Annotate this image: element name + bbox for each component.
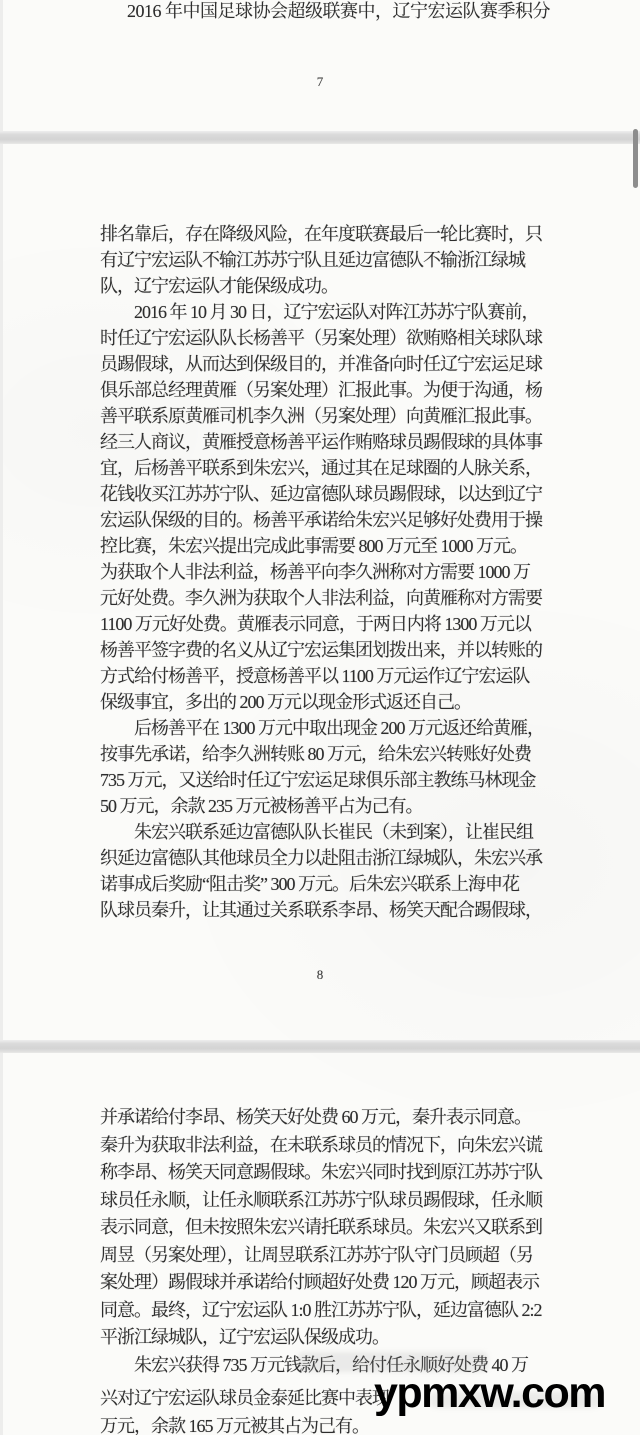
text-line: 朱宏兴联系延边富德队队长崔民（未到案），让崔民组: [100, 819, 552, 845]
scrollbar-thumb[interactable]: [633, 129, 638, 188]
text-line: 称李昂、杨笑天同意踢假球。朱宏兴同时找到原江苏苏宁队: [100, 1159, 552, 1187]
text-line: 球员任永顺，让任永顺联系江苏苏宁队球员踢假球，任永顺: [100, 1187, 552, 1215]
text-line: 队球员秦升，让其通过关系联系李昂、杨笑天配合踢假球，: [100, 897, 552, 923]
text-line: 1100 万元好处费。黄雁表示同意，于两日内将 1300 万元以: [100, 611, 552, 637]
text-line: 50 万元，余款 235 万元被杨善平占为己有。: [100, 793, 552, 819]
text-line: 宜，后杨善平联系到朱宏兴，通过其在足球圈的人脉关系，: [100, 455, 552, 481]
text-line: 周昱（另案处理），让周昱联系江苏苏宁队守门员顾超（另: [100, 1242, 552, 1270]
text-line: 员踢假球，从而达到保级目的，并准备向时任辽宁宏运足球: [100, 351, 552, 377]
text-line: 735 万元，又送给时任辽宁宏运足球俱乐部主教练马林现金: [100, 767, 552, 793]
text-line: 诺事成后奖励“阻击奖” 300 万元。后朱宏兴联系上海申花: [100, 871, 552, 897]
text-line: 宏运队保级的目的。杨善平承诺给朱宏兴足够好处费用于操: [100, 507, 552, 533]
text-line: 元好处费。李久洲为获取个人非法利益，向黄雁称对方需要: [100, 585, 552, 611]
text-line: 表示同意，但未按照朱宏兴请托联系球员。朱宏兴又联系到: [100, 1214, 552, 1242]
text-line: 花钱收买江苏苏宁队、延边富德队球员踢假球，以达到辽宁: [100, 481, 552, 507]
text-line: 有辽宁宏运队不输江苏苏宁队且延边富德队不输浙江绿城: [100, 247, 552, 273]
page-break-divider-1: [0, 131, 640, 144]
text-line: 后杨善平在 1300 万元中取出现金 200 万元返还给黄雁，: [100, 715, 552, 741]
text-line: 方式给付杨善平，授意杨善平以 1100 万元运作辽宁宏运队: [100, 663, 552, 689]
text-line: 2016 年 10 月 30 日，辽宁宏运队对阵江苏苏宁队赛前，: [100, 299, 552, 325]
page-break-divider-2: [0, 1040, 640, 1053]
text-line: 秦升为获取非法利益，在未联系球员的情况下，向朱宏兴谎: [100, 1132, 552, 1160]
page-left-edge-shadow: [0, 0, 3, 1435]
text-line: 并承诺给付李昂、杨笑天好处费 60 万元，秦升表示同意。: [100, 1104, 552, 1132]
text-line: 队，辽宁宏运队才能保级成功。: [100, 273, 552, 299]
text-line: 杨善平签字费的名义从辽宁宏运集团划拨出来，并以转账的: [100, 637, 552, 663]
text-line: 平浙江绿城队，辽宁宏运队保级成功。: [100, 1324, 552, 1352]
text-line: 时任辽宁宏运队队长杨善平（另案处理）欲贿赂相关球队球: [100, 325, 552, 351]
text-line: 为获取个人非法利益，杨善平向李久洲称对方需要 1000 万: [100, 559, 552, 585]
page7-page-number: 7: [0, 74, 640, 90]
document-viewer: 2016 年中国足球协会超级联赛中，辽宁宏运队赛季积分 7 排名靠后，存在降级风…: [0, 0, 640, 1435]
text-line: 保级事宜，多出的 200 万元以现金形式返还自己。: [100, 689, 552, 715]
text-line: 同意。最终，辽宁宏运队 1:0 胜江苏苏宁队，延边富德队 2:2: [100, 1297, 552, 1325]
text-line: 俱乐部总经理黄雁（另案处理）汇报此事。为便于沟通，杨: [100, 377, 552, 403]
page7-trailing-text-line: 2016 年中国足球协会超级联赛中，辽宁宏运队赛季积分: [127, 0, 550, 23]
page8-body-text: 排名靠后，存在降级风险，在年度联赛最后一轮比赛时，只有辽宁宏运队不输江苏苏宁队且…: [100, 221, 552, 923]
page8-page-number: 8: [0, 967, 640, 983]
text-line: 织延边富德队其他球员全力以赴阻击浙江绿城队，朱宏兴承: [100, 845, 552, 871]
text-line: 按事先承诺，给李久洲转账 80 万元，给朱宏兴转账好处费: [100, 741, 552, 767]
text-line: 排名靠后，存在降级风险，在年度联赛最后一轮比赛时，只: [100, 221, 552, 247]
text-line: 案处理）踢假球并承诺给付顾超好处费 120 万元，顾超表示: [100, 1269, 552, 1297]
site-watermark: ypmxw.com: [374, 1372, 605, 1415]
text-line: 控比赛，朱宏兴提出完成此事需要 800 万元至 1000 万元。: [100, 533, 552, 559]
text-line: 善平联系原黄雁司机李久洲（另案处理）向黄雁汇报此事。: [100, 403, 552, 429]
text-line: 经三人商议，黄雁授意杨善平运作贿赂球员踢假球的具体事: [100, 429, 552, 455]
